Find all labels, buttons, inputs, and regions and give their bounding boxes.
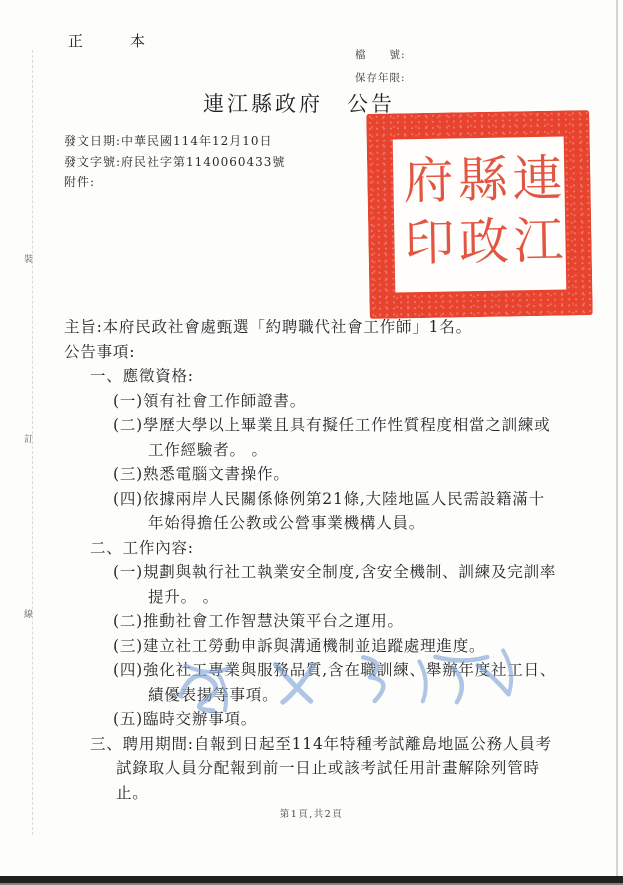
subject-line: 主旨:本府民政社會處甄選「約聘職代社會工作師」1名。: [64, 315, 561, 340]
item-2-5: (五)臨時交辦事項。: [64, 707, 561, 732]
page-number-footer: 第1頁,共2頁: [0, 806, 623, 820]
attachment-line: 附件:: [64, 172, 285, 193]
issue-date-line: 發文日期:中華民國114年12月10日: [64, 131, 285, 152]
retention-period-label: 保存年限:: [355, 67, 406, 90]
scanned-announcement-page: 正 本 檔 號: 保存年限: 連江縣政府 公告 發文日期:中華民國114年12月…: [0, 0, 623, 885]
file-number-label: 檔 號:: [355, 44, 406, 67]
seal-column-right: 連江: [508, 151, 560, 276]
file-reference-block: 檔 號: 保存年限:: [355, 44, 406, 90]
binding-mark-ding: 訂: [24, 432, 33, 445]
item-1-1: (一)領有社會工作師證書。: [64, 389, 561, 414]
item-3-employment-period: 三、聘用期間:自報到日起至114年特種考試離島地區公務人員考試錄取人員分配報到前…: [64, 732, 561, 806]
seal-column-left: 府印: [399, 153, 451, 278]
seal-inner-face: 府印 縣政 連江: [393, 137, 567, 293]
scan-bottom-dark-band: [0, 876, 623, 883]
item-2-duties: 二、工作內容:: [64, 536, 561, 561]
copy-type-label: 正 本: [68, 30, 161, 51]
item-2-1: (一)規劃與執行社工執業安全制度,含安全機制、訓練及完訓率提升。 。: [64, 560, 561, 609]
item-2-2: (二)推動社會工作智慧決策平台之運用。: [64, 609, 561, 634]
item-2-3: (三)建立社工勞動申訴與溝通機制並追蹤處理進度。: [64, 634, 561, 659]
binding-mark-xian: 線: [24, 607, 33, 620]
item-1-4: (四)依據兩岸人民關係條例第21條,大陸地區人民需設籍滿十年始得擔任公教或公營事…: [64, 487, 561, 536]
seal-column-middle: 縣政: [453, 152, 505, 277]
announcement-body: 主旨:本府民政社會處甄選「約聘職代社會工作師」1名。 公告事項: 一、應徵資格:…: [64, 315, 561, 805]
government-seal-stamp: 府印 縣政 連江: [366, 110, 593, 319]
issue-number-line: 發文字號:府民社字第1140060433號: [64, 152, 285, 173]
item-1-qualifications: 一、應徵資格:: [64, 364, 561, 389]
item-1-2: (二)學歷大學以上畢業且具有擬任工作性質程度相當之訓練或工作經驗者。 。: [64, 413, 561, 462]
binding-mark-zhuang: 裝: [24, 252, 33, 265]
item-1-3: (三)熟悉電腦文書操作。: [64, 462, 561, 487]
announcement-items-heading: 公告事項:: [64, 340, 561, 365]
item-2-4: (四)強化社工專業與服務品質,含在職訓練、舉辦年度社工日、績優表揚等事項。: [64, 658, 561, 707]
scan-right-edge-line: [616, 0, 618, 876]
document-meta: 發文日期:中華民國114年12月10日 發文字號:府民社字第1140060433…: [64, 131, 285, 193]
